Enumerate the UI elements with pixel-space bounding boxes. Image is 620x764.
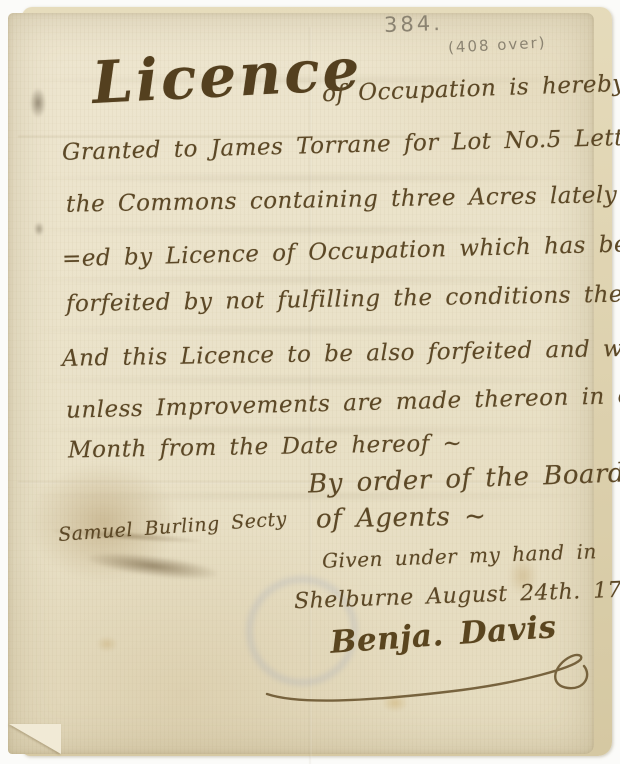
ink-showthrough	[38, 225, 578, 235]
pencil-page-number: 384.	[384, 11, 444, 37]
stain	[34, 222, 44, 236]
by-order-line: of Agents ~	[316, 502, 487, 535]
ink-showthrough	[38, 325, 578, 335]
document-scan: { "page": { "pencil_number": "384.", "pe…	[0, 0, 620, 764]
folded-corner	[9, 724, 61, 754]
stain	[96, 636, 118, 652]
signature-flourish	[262, 648, 602, 708]
ink-showthrough	[38, 173, 578, 183]
ink-showthrough	[38, 375, 578, 385]
stain	[30, 88, 46, 118]
